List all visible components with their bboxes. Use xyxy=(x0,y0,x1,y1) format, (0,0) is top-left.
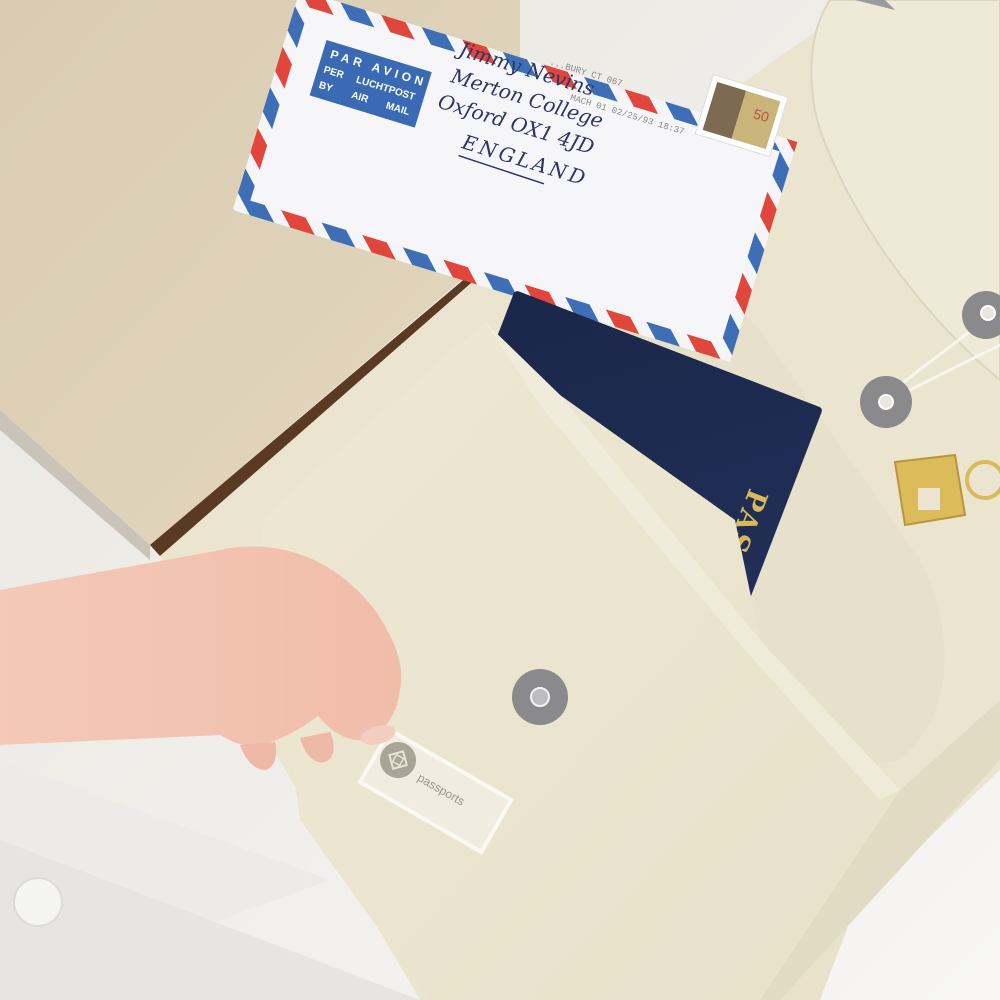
photo-scene: PAR AVION PER LUCHTPOST BY AIR MAIL Jimm… xyxy=(0,0,1000,1000)
pocket-snap-button[interactable] xyxy=(512,669,568,725)
scene-svg: PAR AVION PER LUCHTPOST BY AIR MAIL Jimm… xyxy=(0,0,1000,1000)
